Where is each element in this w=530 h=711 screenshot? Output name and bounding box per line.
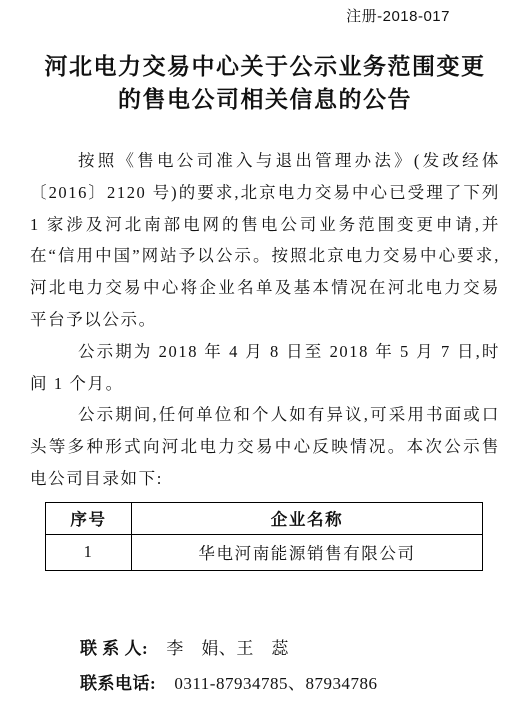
contact-section: 联 系 人: 李 娟、王 蕊 联系电话: 0311-87934785、87934…	[80, 631, 530, 701]
document-body: 按照《售电公司准入与退出管理办法》(发改经体〔2016〕2120 号)的要求,北…	[30, 145, 500, 495]
page-title-line-2: 的售电公司相关信息的公告	[25, 83, 505, 116]
contact-phone-line: 联系电话: 0311-87934785、87934786	[80, 666, 530, 701]
table-header-company-name: 企业名称	[132, 502, 483, 534]
table-header-row: 序号 企业名称	[46, 502, 483, 534]
contact-person-label: 联 系 人:	[80, 639, 148, 658]
contact-person-value: 李 娟、王 蕊	[166, 639, 289, 658]
paragraph-intro: 按照《售电公司准入与退出管理办法》(发改经体〔2016〕2120 号)的要求,北…	[30, 145, 500, 336]
doc-number: 注册-2018-017	[346, 5, 450, 26]
contact-phone-value: 0311-87934785、87934786	[174, 674, 377, 693]
document-page: 注册-2018-017 河北电力交易中心关于公示业务范围变更 的售电公司相关信息…	[0, 0, 530, 711]
table-row: 1 华电河南能源销售有限公司	[46, 534, 483, 570]
paragraph-objection: 公示期间,任何单位和个人如有异议,可采用书面或口头等多种形式向河北电力交易中心反…	[30, 399, 500, 494]
paragraph-publicity-period: 公示期为 2018 年 4 月 8 日至 2018 年 5 月 7 日,时间 1…	[30, 336, 500, 400]
table-header-index: 序号	[46, 502, 132, 534]
page-title: 河北电力交易中心关于公示业务范围变更 的售电公司相关信息的公告	[25, 50, 505, 116]
contact-person-line: 联 系 人: 李 娟、王 蕊	[80, 631, 530, 666]
page-title-line-1: 河北电力交易中心关于公示业务范围变更	[25, 50, 505, 83]
table-cell-index: 1	[46, 534, 132, 570]
company-table: 序号 企业名称 1 华电河南能源销售有限公司	[45, 502, 483, 571]
contact-phone-label: 联系电话:	[80, 674, 156, 693]
table-cell-company-name: 华电河南能源销售有限公司	[132, 534, 483, 570]
